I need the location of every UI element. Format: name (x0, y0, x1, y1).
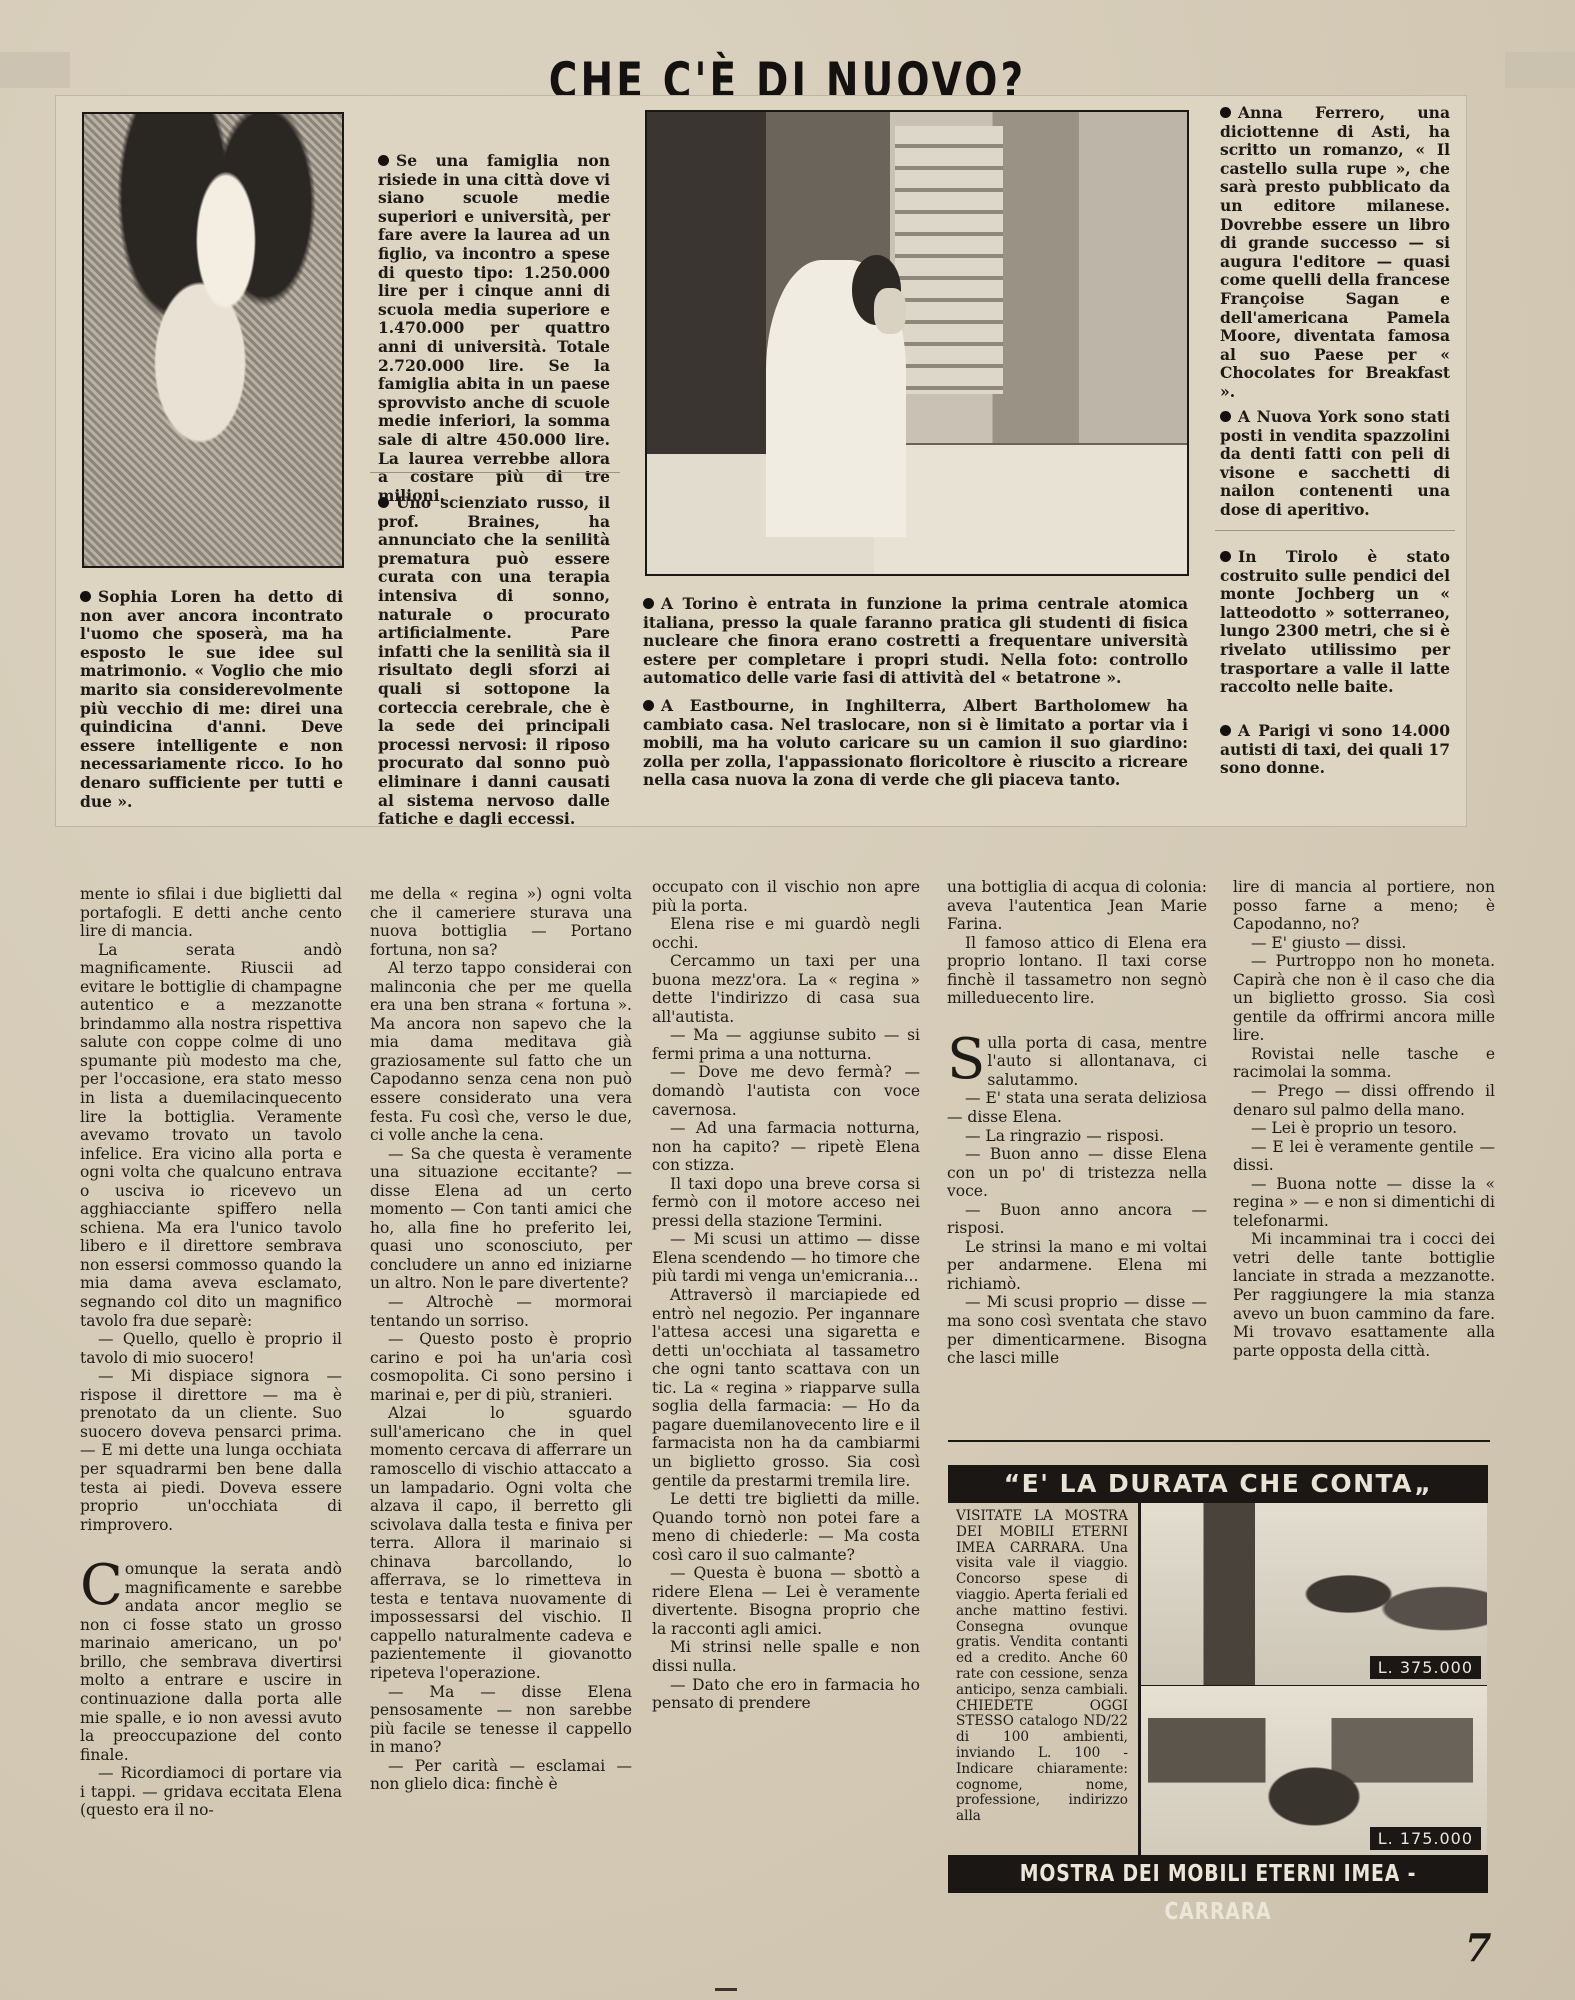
brief-text: Uno scienziato russo, il prof. Braines, … (378, 493, 610, 828)
story-paragraph: — Ad una farmacia notturna, non ha capit… (652, 1119, 920, 1175)
brief-loren: Sophia Loren ha detto di non aver ancora… (80, 588, 343, 811)
paragraph-text: Attraversò il marciapiede ed entrò nel n… (652, 1286, 920, 1489)
bullet-icon (643, 598, 654, 609)
story-paragraph: — Buona notte — disse la « regina » — e … (1233, 1175, 1495, 1231)
story-column-2: me della « regina ») ogni volta che il c… (370, 885, 632, 1794)
paragraph-text: — Prego — dissi offrendo il denaro sul p… (1233, 1082, 1495, 1119)
paragraph-text: — Quello, quello è proprio il tavolo di … (80, 1330, 342, 1367)
story-paragraph: Sulla porta di casa, mentre l'auto si al… (947, 1034, 1207, 1090)
story-paragraph: — Lei è proprio un tesoro. (1233, 1119, 1495, 1138)
story-paragraph: Attraversò il marciapiede ed entrò nel n… (652, 1286, 920, 1490)
paragraph-text: — E' stata una serata deliziosa — disse … (947, 1089, 1207, 1126)
paragraph-text: lire di mancia al portiere, non posso fa… (1233, 878, 1495, 933)
ad-footer: MOSTRA DEI MOBILI ETERNI IMEA - CARRARA (948, 1855, 1488, 1893)
story-paragraph: — E' giusto — dissi. (1233, 934, 1495, 953)
story-column-5: lire di mancia al portiere, non posso fa… (1233, 878, 1495, 1360)
story-column-4: una bottiglia di acqua di colonia: aveva… (947, 878, 1207, 1368)
paragraph-text: Rovistai nelle tasche e racimolai la som… (1233, 1045, 1495, 1082)
paragraph-text: — Per carità — esclamai — non glielo dic… (370, 1757, 632, 1794)
brief-newyork: A Nuova York sono stati posti in vendita… (1220, 408, 1450, 520)
magazine-page: CHE C'È DI NUOVO? Sophia Loren ha detto … (0, 0, 1575, 2000)
brief-text: Se una famiglia non risiede in una città… (378, 151, 610, 505)
paragraph-text: ulla porta di casa, mentre l'auto si all… (987, 1034, 1207, 1089)
ad-headline: “E' LA DURATA CHE CONTA„ (948, 1465, 1488, 1503)
paragraph-text: mente io sfilai i due biglietti dal port… (80, 885, 342, 940)
story-paragraph: — Mi dispiace signora — rispose il diret… (80, 1367, 342, 1534)
control-desk (874, 443, 1187, 574)
paragraph-text: — Ma — aggiunse subito — si fermi prima … (652, 1026, 920, 1063)
bullet-icon (1220, 725, 1231, 736)
paragraph-text: me della « regina ») ogni volta che il c… (370, 885, 632, 959)
story-paragraph: — La ringrazio — risposi. (947, 1127, 1207, 1146)
divider (370, 472, 620, 473)
decorative-bar (1505, 52, 1575, 88)
paragraph-text: — Buon anno — disse Elena con un po' di … (947, 1145, 1207, 1200)
fold-mark (715, 1988, 737, 1991)
paragraph-text: — Questa è buona — sbottò a ridere Elena… (652, 1564, 920, 1638)
brief-ferrero: Anna Ferrero, una diciottenne di Asti, h… (1220, 104, 1450, 402)
bedroom-illustration-icon: L. 375.000 (1138, 1503, 1487, 1685)
paragraph-text: — Ma — disse Elena pensosamente — non sa… (370, 1683, 632, 1757)
story-paragraph: Rovistai nelle tasche e racimolai la som… (1233, 1045, 1495, 1082)
story-paragraph: me della « regina ») ogni volta che il c… (370, 885, 632, 959)
story-paragraph: — Per carità — esclamai — non glielo dic… (370, 1757, 632, 1794)
paragraph-text: — Mi dispiace signora — rispose il diret… (80, 1367, 342, 1533)
paragraph-text: Cercammo un taxi per una buona mezz'ora.… (652, 952, 920, 1026)
story-paragraph: — Dove me devo fermà? — domandò l'autist… (652, 1063, 920, 1119)
story-paragraph: — Mi scusi un attimo — disse Elena scend… (652, 1230, 920, 1286)
brief-text: A Parigi vi sono 14.000 autisti di taxi,… (1220, 721, 1450, 777)
bullet-icon (643, 700, 654, 711)
technician-face (874, 288, 906, 334)
price-badge-bedroom: L. 375.000 (1370, 1656, 1481, 1679)
story-paragraph: — E lei è veramente gentile — dissi. (1233, 1138, 1495, 1175)
paragraph-text: — E' giusto — dissi. (1251, 934, 1406, 952)
story-paragraph: Mi strinsi nelle spalle e non dissi null… (652, 1638, 920, 1675)
story-paragraph: La serata andò magnificamente. Riuscii a… (80, 941, 342, 1330)
paragraph-text: — Altrochè — mormorai tentando un sorris… (370, 1293, 632, 1330)
paragraph-text: — E lei è veramente gentile — dissi. (1233, 1138, 1495, 1175)
story-paragraph: Il famoso attico di Elena era proprio lo… (947, 934, 1207, 1008)
paragraph-text: — Mi scusi proprio — disse — ma sono cos… (947, 1293, 1207, 1367)
paragraph-text: — La ringrazio — risposi. (965, 1127, 1164, 1145)
brief-parigi: A Parigi vi sono 14.000 autisti di taxi,… (1220, 722, 1450, 778)
story-paragraph: — Purtroppo non ho moneta. Capirà che no… (1233, 952, 1495, 1045)
laboratory-photo-icon (645, 110, 1189, 576)
brief-text: Anna Ferrero, una diciottenne di Asti, h… (1220, 103, 1450, 401)
paragraph-text: — Mi scusi un attimo — disse Elena scend… (652, 1230, 920, 1285)
story-paragraph: Al terzo tappo considerai con malinconia… (370, 959, 632, 1144)
story-paragraph: — Altrochè — mormorai tentando un sorris… (370, 1293, 632, 1330)
bullet-icon (378, 155, 389, 166)
brief-eastbourne: A Eastbourne, in Inghilterra, Albert Bar… (643, 697, 1188, 790)
paragraph-text: La serata andò magnificamente. Riuscii a… (80, 941, 342, 1330)
paragraph-text: — Ricordiamoci di portare via i tappi. —… (80, 1764, 342, 1819)
paragraph-text: — Questo posto è proprio carino e poi ha… (370, 1330, 632, 1404)
story-paragraph: Le strinsi la mano e mi voltai per andar… (947, 1238, 1207, 1294)
paragraph-text: — Ad una farmacia notturna, non ha capit… (652, 1119, 920, 1174)
story-paragraph: — E' stata una serata deliziosa — disse … (947, 1089, 1207, 1126)
ad-body-text: VISITATE LA MOSTRA DEI MOBILI ETERNI IME… (956, 1509, 1128, 1825)
story-paragraph: una bottiglia di acqua di colonia: aveva… (947, 878, 1207, 934)
story-paragraph: Cercammo un taxi per una buona mezz'ora.… (652, 952, 920, 1026)
brief-text: In Tirolo è stato costruito sulle pendic… (1220, 547, 1450, 696)
story-paragraph: — Ricordiamoci di portare via i tappi. —… (80, 1764, 342, 1820)
paragraph-text: Elena rise e mi guardò negli occhi. (652, 915, 920, 952)
bullet-icon (80, 591, 91, 602)
brief-text: A Eastbourne, in Inghilterra, Albert Bar… (643, 696, 1188, 789)
story-paragraph: Le detti tre biglietti da mille. Quando … (652, 1490, 920, 1564)
portrait-photo-icon (82, 112, 344, 568)
divider (1215, 530, 1455, 531)
paragraph-text: — Dove me devo fermà? — domandò l'autist… (652, 1063, 920, 1118)
story-column-3: occupato con il vischio non apre più la … (652, 878, 920, 1713)
brief-torino: A Torino è entrata in funzione la prima … (643, 595, 1188, 688)
paragraph-text: Il famoso attico di Elena era proprio lo… (947, 934, 1207, 1008)
brief-laurea: Se una famiglia non risiede in una città… (378, 152, 610, 505)
ad-footer-text: MOSTRA DEI MOBILI ETERNI IMEA - CARRARA (997, 1855, 1440, 1931)
story-paragraph: — Sa che questa è veramente una situazio… (370, 1145, 632, 1293)
story-paragraph: — Mi scusi proprio — disse — ma sono cos… (947, 1293, 1207, 1367)
title-band: CHE C'È DI NUOVO? (0, 22, 1575, 102)
bullet-icon (378, 497, 389, 508)
brief-text: A Torino è entrata in funzione la prima … (643, 594, 1188, 687)
story-paragraph: — Prego — dissi offrendo il denaro sul p… (1233, 1082, 1495, 1119)
dining-room-illustration-icon: L. 175.000 (1138, 1685, 1487, 1856)
story-paragraph: Il taxi dopo una breve corsa si fermò co… (652, 1175, 920, 1231)
story-paragraph: — Ma — aggiunse subito — si fermi prima … (652, 1026, 920, 1063)
paragraph-text: — Lei è proprio un tesoro. (1251, 1119, 1457, 1137)
story-paragraph: Alzai lo sguardo sull'americano che in q… (370, 1404, 632, 1682)
story-paragraph: — Questa è buona — sbottò a ridere Elena… (652, 1564, 920, 1638)
paragraph-text: una bottiglia di acqua di colonia: aveva… (947, 878, 1207, 933)
paragraph-text: Alzai lo sguardo sull'americano che in q… (370, 1404, 632, 1682)
paragraph-text: — Buon anno ancora — risposi. (947, 1201, 1207, 1238)
story-paragraph: — Ma — disse Elena pensosamente — non sa… (370, 1683, 632, 1757)
brief-text: A Nuova York sono stati posti in vendita… (1220, 407, 1450, 519)
paragraph-text: — Buona notte — disse la « regina » — e … (1233, 1175, 1495, 1230)
paragraph-text: Mi incamminai tra i cocci dei vetri dell… (1233, 1230, 1495, 1359)
price-badge-dining: L. 175.000 (1370, 1827, 1481, 1850)
paragraph-text: Al terzo tappo considerai con malinconia… (370, 959, 632, 1144)
brief-text: Sophia Loren ha detto di non aver ancora… (80, 587, 343, 811)
story-paragraph: Comunque la serata andò magnificamente e… (80, 1560, 342, 1764)
bullet-icon (1220, 107, 1231, 118)
story-paragraph: — Buon anno ancora — risposi. (947, 1201, 1207, 1238)
drop-cap: C (80, 1564, 123, 1608)
paragraph-text: — Sa che questa è veramente una situazio… (370, 1145, 632, 1293)
paragraph-text: Le detti tre biglietti da mille. Quando … (652, 1490, 920, 1564)
ad-top-rule (948, 1440, 1490, 1442)
story-paragraph: — Dato che ero in farmacia ho pensato di… (652, 1676, 920, 1713)
story-paragraph: Mi incamminai tra i cocci dei vetri dell… (1233, 1230, 1495, 1360)
story-paragraph: — Buon anno — disse Elena con un po' di … (947, 1145, 1207, 1201)
paragraph-text: occupato con il vischio non apre più la … (652, 878, 920, 915)
equipment-rack (895, 126, 1003, 394)
paragraph-text: Mi strinsi nelle spalle e non dissi null… (652, 1638, 920, 1675)
story-column-1: mente io sfilai i due biglietti dal port… (80, 885, 342, 1820)
paragraph-text: — Dato che ero in farmacia ho pensato di… (652, 1676, 920, 1713)
paragraph-text: Il taxi dopo una breve corsa si fermò co… (652, 1175, 920, 1230)
brief-braines: Uno scienziato russo, il prof. Braines, … (378, 494, 610, 829)
story-paragraph: occupato con il vischio non apre più la … (652, 878, 920, 915)
drop-cap: S (947, 1038, 985, 1082)
paragraph-text: Le strinsi la mano e mi voltai per andar… (947, 1238, 1207, 1293)
story-paragraph: — Questo posto è proprio carino e poi ha… (370, 1330, 632, 1404)
bullet-icon (1220, 551, 1231, 562)
brief-tirolo: In Tirolo è stato costruito sulle pendic… (1220, 548, 1450, 697)
story-paragraph: Elena rise e mi guardò negli occhi. (652, 915, 920, 952)
decorative-bar (0, 52, 70, 88)
bullet-icon (1220, 411, 1231, 422)
furniture-advertisement: “E' LA DURATA CHE CONTA„ VISITATE LA MOS… (948, 1465, 1488, 1893)
page-number: 7 (1465, 1925, 1491, 1970)
story-paragraph: — Quello, quello è proprio il tavolo di … (80, 1330, 342, 1367)
story-paragraph: mente io sfilai i due biglietti dal port… (80, 885, 342, 941)
paragraph-text: — Purtroppo non ho moneta. Capirà che no… (1233, 952, 1495, 1044)
story-paragraph: lire di mancia al portiere, non posso fa… (1233, 878, 1495, 934)
